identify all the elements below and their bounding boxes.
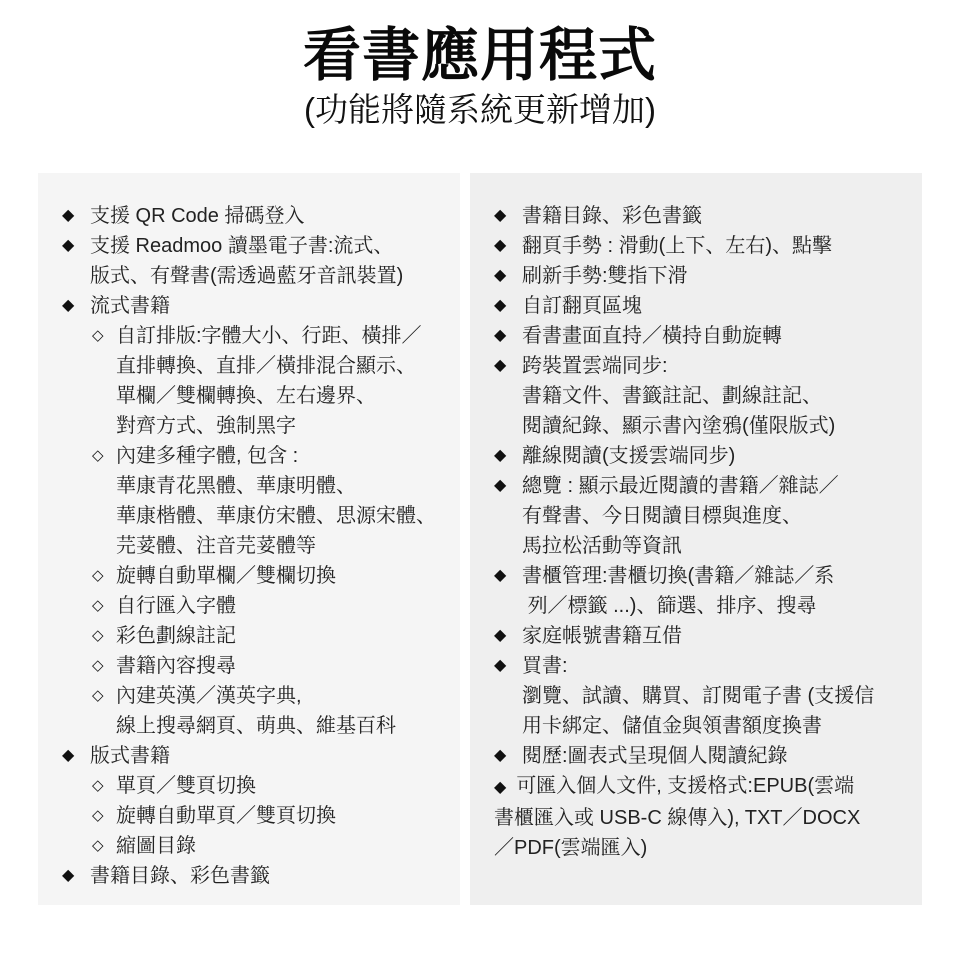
feature-item: ◆跨裝置雲端同步: 書籍文件、書籤註記、劃線註記、 閱讀紀錄、顯示書內塗鴉(僅限… (494, 351, 914, 441)
outline-diamond-bullet-icon: ◇ (92, 771, 116, 801)
feature-item: ◆書櫃管理:書櫃切換(書籍／雜誌／系 列／標籤 ...)、篩選、排序、搜尋 (494, 561, 914, 621)
feature-text: 買書: 瀏覽、試讀、購買、訂閱電子書 (支援信 用卡綁定、儲值金與領書額度換書 (522, 651, 914, 741)
outline-diamond-bullet-icon: ◇ (92, 831, 116, 861)
feature-text: 總覽 : 顯示最近閱讀的書籍／雜誌／ 有聲書、今日閱讀目標與進度、 馬拉松活動等… (522, 471, 914, 561)
feature-item: ◇彩色劃線註記 (92, 621, 452, 651)
outline-diamond-bullet-icon: ◇ (92, 321, 116, 351)
page-header: 看書應用程式 (功能將隨系統更新增加) (0, 0, 960, 130)
outline-diamond-bullet-icon: ◇ (92, 801, 116, 831)
feature-text: 旋轉自動單頁／雙頁切換 (116, 801, 452, 831)
feature-item: ◆翻頁手勢 : 滑動(上下、左右)、點擊 (494, 231, 914, 261)
feature-text: 書籍目錄、彩色書籤 (90, 861, 452, 891)
filled-diamond-bullet-icon: ◆ (494, 201, 522, 231)
filled-diamond-bullet-icon: ◆ (494, 741, 522, 771)
feature-item: ◇自訂排版:字體大小、行距、橫排／ 直排轉換、直排／橫排混合顯示、 單欄／雙欄轉… (92, 321, 452, 441)
feature-item: ◆可匯入個人文件, 支援格式:EPUB(雲端 書櫃匯入或 USB-C 線傳入),… (494, 771, 914, 863)
feature-text: 書籍目錄、彩色書籤 (522, 201, 914, 231)
feature-item: ◆支援 Readmoo 讀墨電子書:流式、 版式、有聲書(需透過藍牙音訊裝置) (62, 231, 452, 291)
feature-text: 書籍內容搜尋 (116, 651, 452, 681)
feature-item: ◇單頁／雙頁切換 (92, 771, 452, 801)
feature-item: ◆版式書籍 (62, 741, 452, 771)
feature-text: 翻頁手勢 : 滑動(上下、左右)、點擊 (522, 231, 914, 261)
feature-text: 看書畫面直持／橫持自動旋轉 (522, 321, 914, 351)
feature-text: 旋轉自動單欄／雙欄切換 (116, 561, 452, 591)
feature-text: 自訂排版:字體大小、行距、橫排／ 直排轉換、直排／橫排混合顯示、 單欄／雙欄轉換… (116, 321, 452, 441)
feature-text: 離線閱讀(支援雲端同步) (522, 441, 914, 471)
page-title: 看書應用程式 (0, 24, 960, 88)
filled-diamond-bullet-icon: ◆ (494, 561, 522, 591)
left-feature-panel: ◆支援 QR Code 掃碼登入◆支援 Readmoo 讀墨電子書:流式、 版式… (38, 173, 460, 905)
feature-text: 書櫃管理:書櫃切換(書籍／雜誌／系 列／標籤 ...)、篩選、排序、搜尋 (522, 561, 914, 621)
filled-diamond-bullet-icon: ◆ (494, 351, 522, 381)
feature-text: 跨裝置雲端同步: 書籍文件、書籤註記、劃線註記、 閱讀紀錄、顯示書內塗鴉(僅限版… (522, 351, 914, 441)
feature-item: ◆自訂翻頁區塊 (494, 291, 914, 321)
filled-diamond-bullet-icon: ◆ (62, 201, 90, 231)
outline-diamond-bullet-icon: ◇ (92, 681, 116, 711)
feature-text: 流式書籍 (90, 291, 452, 321)
feature-text: 家庭帳號書籍互借 (522, 621, 914, 651)
filled-diamond-bullet-icon: ◆ (62, 861, 90, 891)
feature-item: ◇旋轉自動單欄／雙欄切換 (92, 561, 452, 591)
outline-diamond-bullet-icon: ◇ (92, 651, 116, 681)
feature-item: ◇自行匯入字體 (92, 591, 452, 621)
filled-diamond-bullet-icon: ◆ (494, 621, 522, 651)
feature-text: 支援 QR Code 掃碼登入 (90, 201, 452, 231)
right-feature-panel: ◆書籍目錄、彩色書籤◆翻頁手勢 : 滑動(上下、左右)、點擊◆刷新手勢:雙指下滑… (470, 173, 922, 905)
feature-item: ◆家庭帳號書籍互借 (494, 621, 914, 651)
feature-text: 版式書籍 (90, 741, 452, 771)
feature-item: ◇書籍內容搜尋 (92, 651, 452, 681)
feature-text: 單頁／雙頁切換 (116, 771, 452, 801)
filled-diamond-bullet-icon: ◆ (494, 651, 522, 681)
outline-diamond-bullet-icon: ◇ (92, 621, 116, 651)
filled-diamond-bullet-icon: ◆ (494, 441, 522, 471)
feature-item: ◆看書畫面直持／橫持自動旋轉 (494, 321, 914, 351)
feature-text: 自訂翻頁區塊 (522, 291, 914, 321)
page-subtitle: (功能將隨系統更新增加) (0, 90, 960, 130)
feature-item: ◇旋轉自動單頁／雙頁切換 (92, 801, 452, 831)
filled-diamond-bullet-icon: ◆ (494, 321, 522, 351)
outline-diamond-bullet-icon: ◇ (92, 441, 116, 471)
feature-item: ◇內建英漢／漢英字典, 線上搜尋網頁、萌典、維基百科 (92, 681, 452, 741)
filled-diamond-bullet-icon: ◆ (494, 291, 522, 321)
filled-diamond-bullet-icon: ◆ (62, 741, 90, 771)
feature-item: ◆書籍目錄、彩色書籤 (494, 201, 914, 231)
feature-text: 內建英漢／漢英字典, 線上搜尋網頁、萌典、維基百科 (116, 681, 452, 741)
filled-diamond-bullet-icon: ◆ (494, 779, 516, 796)
feature-text: 閱歷:圖表式呈現個人閱讀紀錄 (522, 741, 914, 771)
feature-text: 縮圖目錄 (116, 831, 452, 861)
feature-item: ◇內建多種字體, 包含 : 華康青花黑體、華康明體、 華康楷體、華康仿宋體、思源… (92, 441, 452, 561)
feature-text: 自行匯入字體 (116, 591, 452, 621)
feature-item: ◆流式書籍 (62, 291, 452, 321)
feature-text: 可匯入個人文件, 支援格式:EPUB(雲端 書櫃匯入或 USB-C 線傳入), … (494, 775, 860, 859)
feature-text: 支援 Readmoo 讀墨電子書:流式、 版式、有聲書(需透過藍牙音訊裝置) (90, 231, 452, 291)
feature-text: 內建多種字體, 包含 : 華康青花黑體、華康明體、 華康楷體、華康仿宋體、思源宋… (116, 441, 452, 561)
feature-text: 刷新手勢:雙指下滑 (522, 261, 914, 291)
feature-columns: ◆支援 QR Code 掃碼登入◆支援 Readmoo 讀墨電子書:流式、 版式… (38, 173, 922, 905)
feature-item: ◆離線閱讀(支援雲端同步) (494, 441, 914, 471)
feature-item: ◆買書: 瀏覽、試讀、購買、訂閱電子書 (支援信 用卡綁定、儲值金與領書額度換書 (494, 651, 914, 741)
feature-text: 彩色劃線註記 (116, 621, 452, 651)
filled-diamond-bullet-icon: ◆ (62, 231, 90, 261)
feature-item: ◇縮圖目錄 (92, 831, 452, 861)
infographic-page: 看書應用程式 (功能將隨系統更新增加) ◆支援 QR Code 掃碼登入◆支援 … (0, 0, 960, 960)
outline-diamond-bullet-icon: ◇ (92, 561, 116, 591)
feature-item: ◆刷新手勢:雙指下滑 (494, 261, 914, 291)
filled-diamond-bullet-icon: ◆ (494, 231, 522, 261)
feature-item: ◆書籍目錄、彩色書籤 (62, 861, 452, 891)
filled-diamond-bullet-icon: ◆ (494, 471, 522, 501)
filled-diamond-bullet-icon: ◆ (494, 261, 522, 291)
feature-item: ◆總覽 : 顯示最近閱讀的書籍／雜誌／ 有聲書、今日閱讀目標與進度、 馬拉松活動… (494, 471, 914, 561)
feature-item: ◆支援 QR Code 掃碼登入 (62, 201, 452, 231)
feature-item: ◆閱歷:圖表式呈現個人閱讀紀錄 (494, 741, 914, 771)
outline-diamond-bullet-icon: ◇ (92, 591, 116, 621)
filled-diamond-bullet-icon: ◆ (62, 291, 90, 321)
